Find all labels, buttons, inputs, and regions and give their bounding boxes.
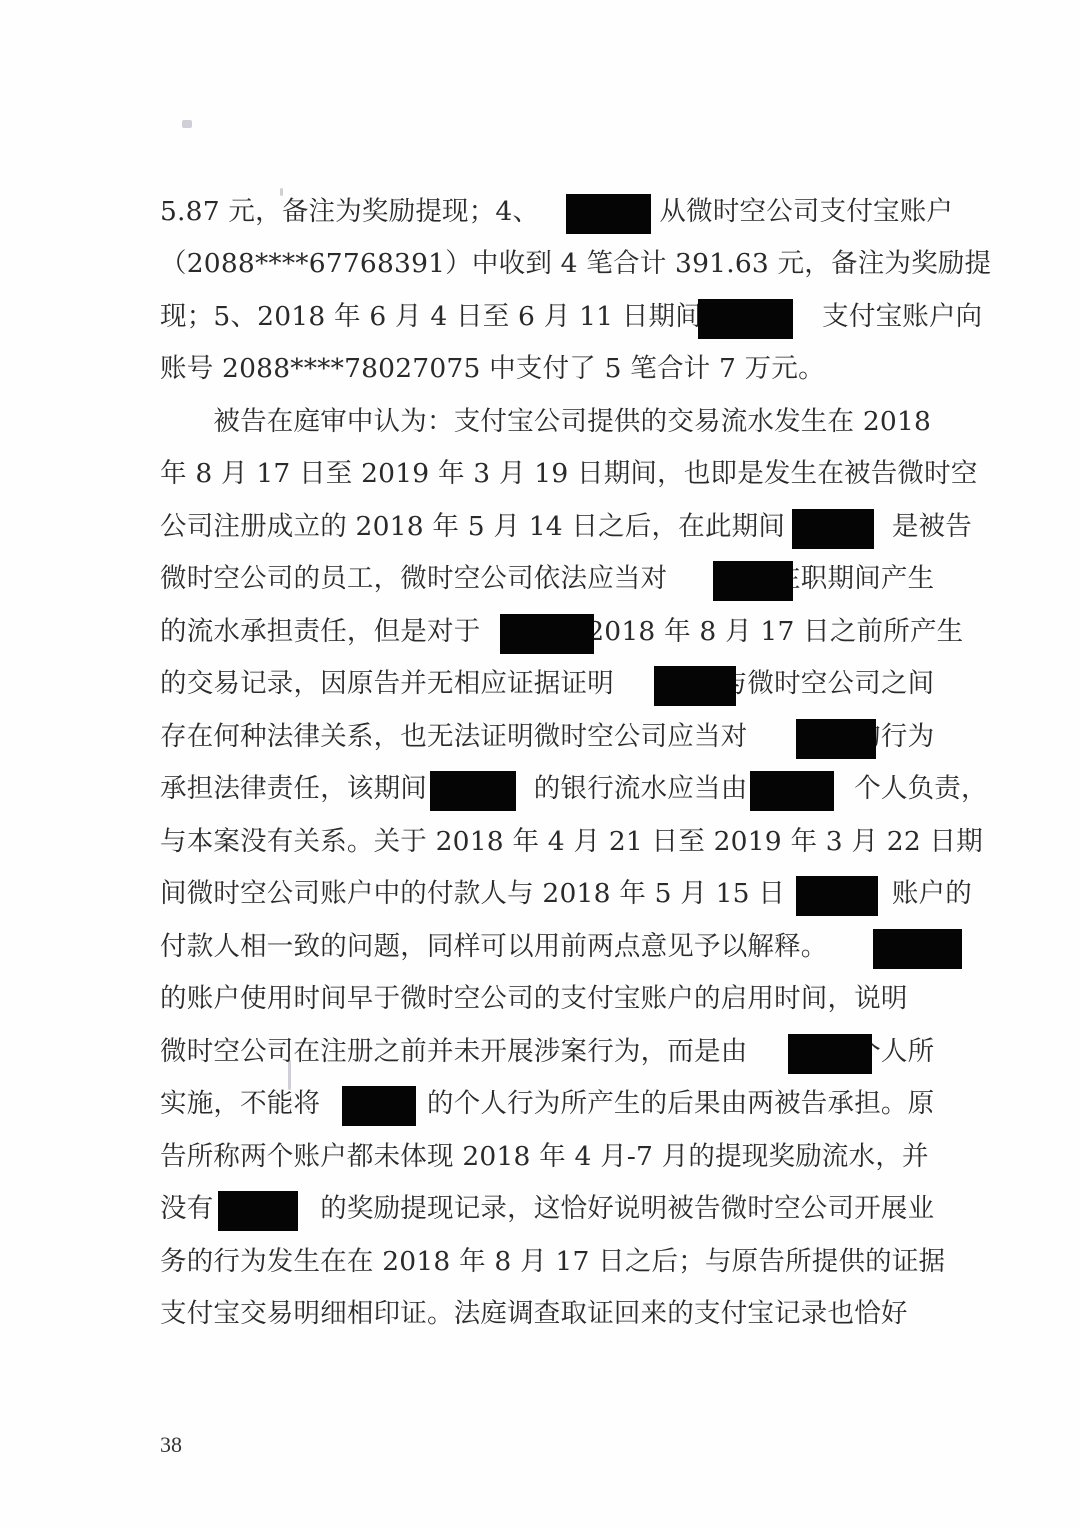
redaction-box <box>342 1086 416 1126</box>
line-text: 的账户使用时间早于微时空公司的支付宝账户的启用时间，说明 <box>160 983 908 1014</box>
redaction-box <box>218 1191 298 1231</box>
text-line: 的账户使用时间早于微时空公司的支付宝账户的启用时间，说明 <box>160 979 962 1019</box>
redaction-box <box>500 614 594 654</box>
line-text: 微时空公司的员工，微时空公司依法应当对 在职期间产生 <box>160 563 934 594</box>
text-line: 实施，不能将 的个人行为所产生的后果由两被告承担。原 <box>160 1084 962 1124</box>
text-line: 支付宝交易明细相印证。法庭调查取证回来的支付宝记录也恰好 <box>160 1294 962 1334</box>
redaction-box <box>654 666 736 706</box>
line-text: 承担法律责任，该期间 的银行流水应当由 个人负责， <box>160 773 988 804</box>
text-line: 微时空公司的员工，微时空公司依法应当对 在职期间产生 <box>160 559 962 599</box>
text-line: 被告在庭审中认为：支付宝公司提供的交易流水发生在 2018 <box>160 402 962 442</box>
redaction-box <box>873 929 962 969</box>
line-text: （2088****67768391）中收到 4 笔合计 391.63 元，备注为… <box>160 248 991 279</box>
text-line: 付款人相一致的问题，同样可以用前两点意见予以解释。 <box>160 927 962 967</box>
line-text: 实施，不能将 的个人行为所产生的后果由两被告承担。原 <box>160 1088 934 1119</box>
text-line: 承担法律责任，该期间 的银行流水应当由 个人负责， <box>160 769 962 809</box>
text-line: 账号 2088****78027075 中支付了 5 笔合计 7 万元。 <box>160 349 962 389</box>
redaction-box <box>430 771 516 811</box>
redaction-box <box>792 509 874 549</box>
line-text: 务的行为发生在在 2018 年 8 月 17 日之后；与原告所提供的证据 <box>160 1246 945 1277</box>
text-line: 务的行为发生在在 2018 年 8 月 17 日之后；与原告所提供的证据 <box>160 1242 962 1282</box>
text-line: 公司注册成立的 2018 年 5 月 14 日之后，在此期间 是被告 <box>160 507 962 547</box>
line-text: 现；5、2018 年 6 月 4 日至 6 月 11 日期间， 支付宝账户向 <box>160 301 982 332</box>
line-text: 付款人相一致的问题，同样可以用前两点意见予以解释。 <box>160 931 894 962</box>
page-number: 38 <box>160 1432 182 1458</box>
line-text: 年 8 月 17 日至 2019 年 3 月 19 日期间，也即是发生在被告微时… <box>160 458 978 489</box>
text-line: 与本案没有关系。关于 2018 年 4 月 21 日至 2019 年 3 月 2… <box>160 822 962 862</box>
text-line: 的交易记录，因原告并无相应证据证明 与微时空公司之间 <box>160 664 962 704</box>
redaction-box <box>788 1034 872 1074</box>
text-line: 间微时空公司账户中的付款人与 2018 年 5 月 15 日 账户的 <box>160 874 962 914</box>
text-line: 的流水承担责任，但是对于 2018 年 8 月 17 日之前所产生 <box>160 612 962 652</box>
text-line: 年 8 月 17 日至 2019 年 3 月 19 日期间，也即是发生在被告微时… <box>160 454 962 494</box>
text-line: 微时空公司在注册之前并未开展涉案行为，而是由 个人所 <box>160 1032 962 1072</box>
scan-speck <box>182 120 192 128</box>
redaction-box <box>796 876 878 916</box>
redaction-box <box>796 719 876 759</box>
line-text: 支付宝交易明细相印证。法庭调查取证回来的支付宝记录也恰好 <box>160 1298 908 1329</box>
line-text: 被告在庭审中认为：支付宝公司提供的交易流水发生在 2018 <box>160 406 931 437</box>
redaction-box <box>566 194 651 234</box>
redaction-box <box>698 299 793 339</box>
line-text: 告所称两个账户都未体现 2018 年 4 月-7 月的提现奖励流水，并 <box>160 1141 929 1172</box>
line-text: 的交易记录，因原告并无相应证据证明 与微时空公司之间 <box>160 668 934 699</box>
text-line: 告所称两个账户都未体现 2018 年 4 月-7 月的提现奖励流水，并 <box>160 1137 962 1177</box>
text-line: 存在何种法律关系，也无法证明微时空公司应当对 的行为 <box>160 717 962 757</box>
line-text: 账号 2088****78027075 中支付了 5 笔合计 7 万元。 <box>160 353 825 384</box>
text-line: （2088****67768391）中收到 4 笔合计 391.63 元，备注为… <box>160 244 962 284</box>
line-text: 5.87 元，备注为奖励提现；4、 从微时空公司支付宝账户 <box>160 196 953 227</box>
text-line: 没有 的奖励提现记录，这恰好说明被告微时空公司开展业 <box>160 1189 962 1229</box>
document-page: 5.87 元，备注为奖励提现；4、 从微时空公司支付宝账户（2088****67… <box>0 0 1080 1528</box>
text-line: 5.87 元，备注为奖励提现；4、 从微时空公司支付宝账户 <box>160 192 962 232</box>
line-text: 与本案没有关系。关于 2018 年 4 月 21 日至 2019 年 3 月 2… <box>160 826 983 857</box>
text-line: 现；5、2018 年 6 月 4 日至 6 月 11 日期间， 支付宝账户向 <box>160 297 962 337</box>
redaction-box <box>713 561 793 601</box>
redaction-box <box>750 771 834 811</box>
